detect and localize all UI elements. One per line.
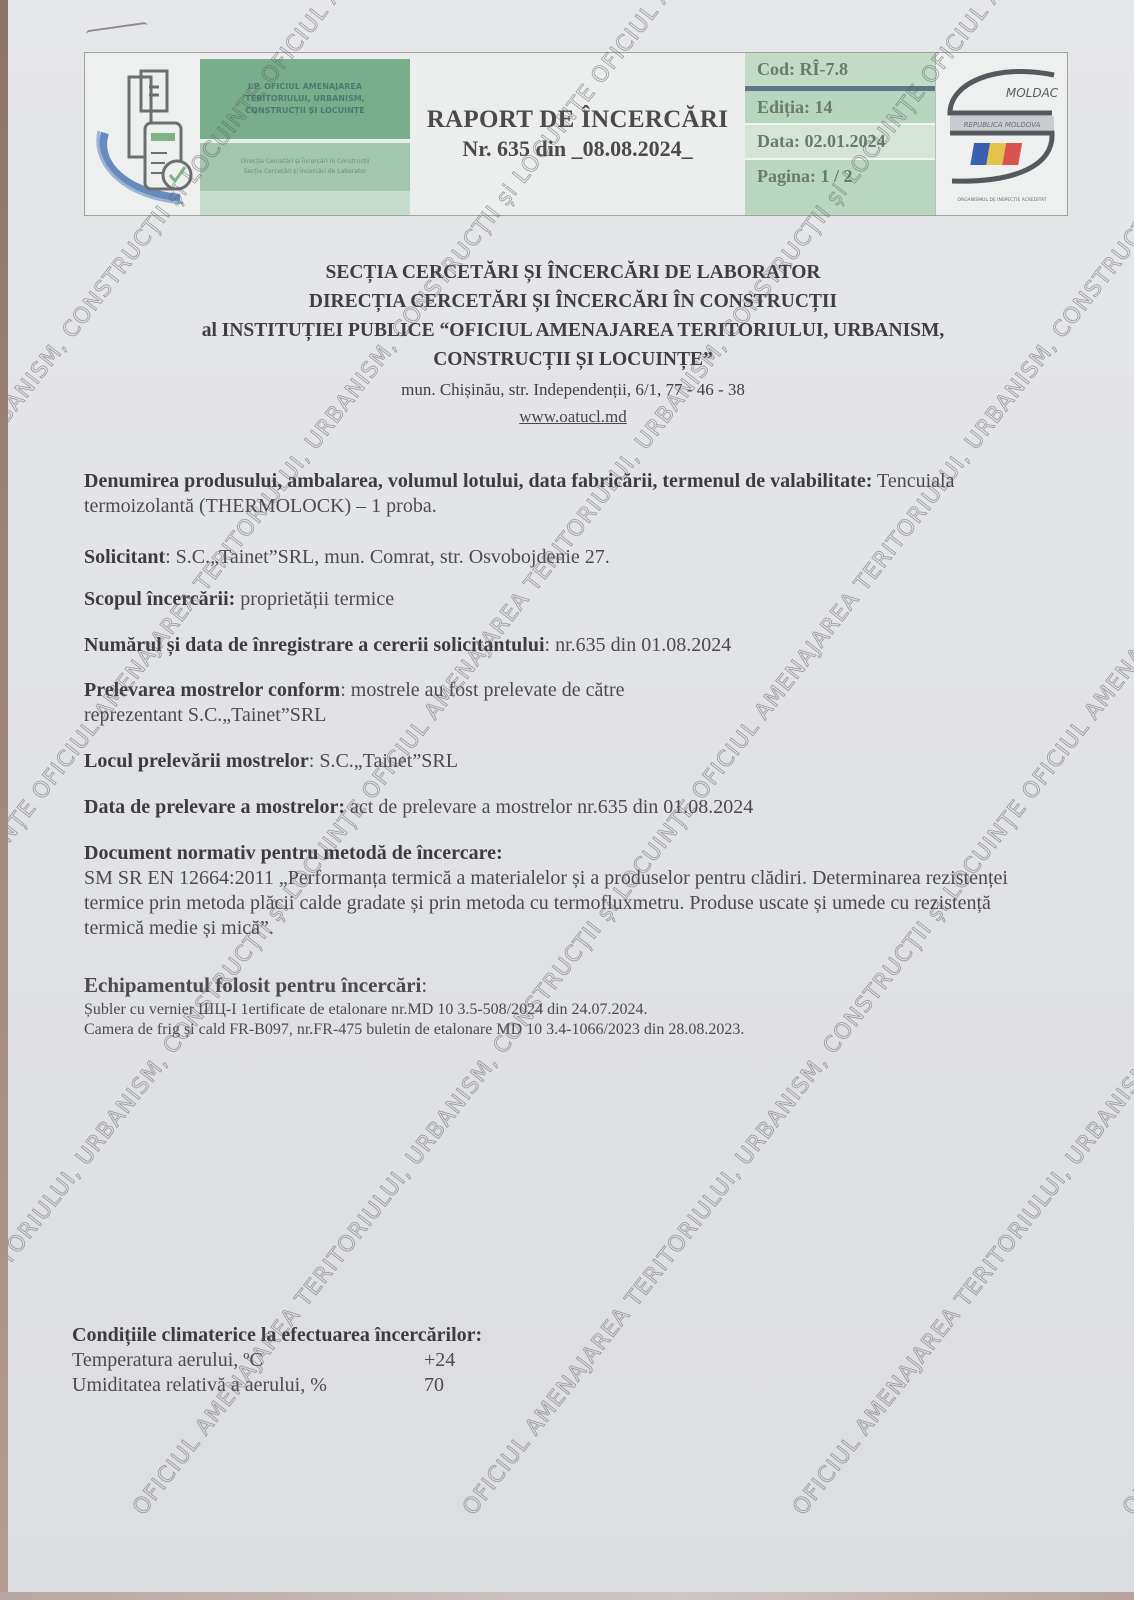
sampling-location-field: Locul prelevării mostrelor: S.C.„Tainet”…: [84, 749, 1024, 774]
purpose-field: Scopul încercării: proprietății termice: [84, 587, 1024, 612]
equipment-item: Camera de frig și cald FR-B097, nr.FR-47…: [84, 1020, 1084, 1040]
document-page: I.P. OFICIUL AMENAJAREA TERITORIULUI, UR…: [8, 0, 1134, 1592]
climate-row: Temperatura aerului, ºC +24: [72, 1348, 504, 1373]
document-header: I.P. OFICIUL AMENAJAREA TERITORIULUI, UR…: [84, 52, 1068, 216]
org-name-bottom: Direcția Cercetări și Încercări în Const…: [200, 143, 410, 191]
purpose-label: Scopul încercării:: [84, 588, 235, 610]
climate-conditions: Condițiile climaterice la efectuarea înc…: [72, 1322, 504, 1398]
request-value: : nr.635 din 01.08.2024: [545, 634, 732, 656]
sampling-date-value: act de prelevare a mostrelor nr.635 din …: [345, 796, 753, 818]
applicant-value: : S.C.„Tainet”SRL, mun. Comrat, str. Osv…: [165, 546, 610, 568]
directorate-name: DIRECȚIA CERCETĂRI ȘI ÎNCERCĂRI ÎN CONST…: [68, 287, 1078, 316]
climate-row: Umiditatea relativă a aerului, % 70: [72, 1373, 504, 1398]
humidity-label: Umiditatea relativă a aerului, %: [72, 1373, 424, 1398]
institution-website-link[interactable]: www.oatucl.md: [68, 404, 1078, 430]
org-name-top: I.P. OFICIUL AMENAJAREA TERITORIULUI, UR…: [200, 59, 410, 139]
meta-date: Data: 02.01.2024: [745, 123, 935, 160]
location-value: : S.C.„Tainet”SRL: [309, 750, 458, 772]
purpose-value: proprietății termice: [235, 588, 394, 610]
sampling-date-label: Data de prelevare a mostrelor:: [84, 796, 345, 818]
norm-value: SM SR EN 12664:2011 „Performanța termică…: [84, 866, 1044, 941]
moldac-logo-icon: MOLDAC REPUBLICA MOLDOVA ORGANISMUL DE I…: [936, 53, 1066, 215]
institution-name: al INSTITUȚIEI PUBLICE “OFICIUL AMENAJAR…: [68, 316, 1078, 345]
equipment-colon: :: [421, 973, 427, 997]
equipment-field: Echipamentul folosit pentru încercări:: [84, 972, 1024, 998]
section-name: SECȚIA CERCETĂRI ȘI ÎNCERCĂRI DE LABORAT…: [68, 258, 1078, 287]
applicant-field: Solicitant: S.C.„Tainet”SRL, mun. Comrat…: [84, 545, 1024, 570]
org-subline: Direcția Cercetări și Încercări în Const…: [241, 157, 370, 167]
org-footer-band: [200, 191, 410, 215]
svg-text:ORGANISMUL DE INSPECȚIE ACREDI: ORGANISMUL DE INSPECȚIE ACREDITAT: [957, 197, 1046, 203]
temperature-label: Temperatura aerului, ºC: [72, 1348, 424, 1373]
sampling-label: Prelevarea mostrelor conform: [84, 679, 340, 701]
org-line: TERITORIULUI, URBANISM,: [245, 93, 364, 105]
product-field: Denumirea produsului, ambalarea, volumul…: [84, 469, 1024, 519]
meta-code: Cod: RÎ-7.8: [745, 53, 935, 91]
pen-mark: [86, 22, 149, 39]
location-label: Locul prelevării mostrelor: [84, 750, 309, 772]
institution-block: SECȚIA CERCETĂRI ȘI ÎNCERCĂRI DE LABORAT…: [68, 258, 1078, 430]
report-number: Nr. 635 din _08.08.2024_: [462, 136, 692, 162]
institution-address: mun. Chișinău, str. Independenții, 6/1, …: [68, 376, 1078, 404]
institution-name-box: I.P. OFICIUL AMENAJAREA TERITORIULUI, UR…: [200, 53, 410, 215]
request-label: Numărul și data de înregistrare a cereri…: [84, 634, 545, 656]
document-meta: Cod: RÎ-7.8 Ediția: 14 Data: 02.01.2024 …: [745, 53, 935, 215]
climate-title: Condițiile climaterice la efectuarea înc…: [72, 1322, 504, 1348]
sampling-date-field: Data de prelevare a mostrelor: act de pr…: [84, 795, 1024, 820]
norm-label: Document normativ pentru metodă de încer…: [84, 842, 503, 864]
request-field: Numărul și data de înregistrare a cereri…: [84, 633, 1024, 658]
meta-edition: Ediția: 14: [745, 91, 935, 124]
institution-logo-icon: [85, 53, 200, 215]
equipment-list: Șubler cu vernier ШЦ-I 1ertificate de et…: [84, 1000, 1084, 1040]
report-title: RAPORT DE ÎNCERCĂRI: [427, 106, 729, 134]
normative-document-field: Document normativ pentru metodă de încer…: [84, 841, 1024, 941]
watermark-text: OFICIUL AMENAJAREA TERITORIULUI, URBANIS…: [1118, 0, 1134, 1520]
org-line: CONSTRUCȚII ȘI LOCUINȚE: [245, 105, 364, 117]
equipment-label: Echipamentul folosit pentru încercări: [84, 973, 421, 997]
applicant-label: Solicitant: [84, 546, 165, 568]
equipment-item: Șubler cu vernier ШЦ-I 1ertificate de et…: [84, 1000, 1084, 1020]
report-title-block: RAPORT DE ÎNCERCĂRI Nr. 635 din _08.08.2…: [410, 53, 745, 215]
humidity-value: 70: [424, 1373, 504, 1398]
org-subline: Secția Cercetări și Încercări de Laborat…: [244, 167, 367, 177]
sampling-field: Prelevarea mostrelor conform: mostrele a…: [84, 678, 724, 728]
temperature-value: +24: [424, 1348, 504, 1373]
svg-text:REPUBLICA MOLDOVA: REPUBLICA MOLDOVA: [964, 121, 1041, 129]
svg-text:MOLDAC: MOLDAC: [1006, 86, 1059, 100]
moldac-accreditation-logo: MOLDAC REPUBLICA MOLDOVA ORGANISMUL DE I…: [935, 53, 1067, 215]
meta-page: Pagina: 1 / 2: [745, 160, 935, 215]
page-edge: [0, 0, 8, 1600]
page-edge: [0, 1592, 1134, 1600]
product-label: Denumirea produsului, ambalarea, volumul…: [84, 470, 872, 492]
institution-name-cont: CONSTRUCȚII ȘI LOCUINȚE”: [68, 345, 1078, 374]
org-line: I.P. OFICIUL AMENAJAREA: [248, 81, 362, 93]
